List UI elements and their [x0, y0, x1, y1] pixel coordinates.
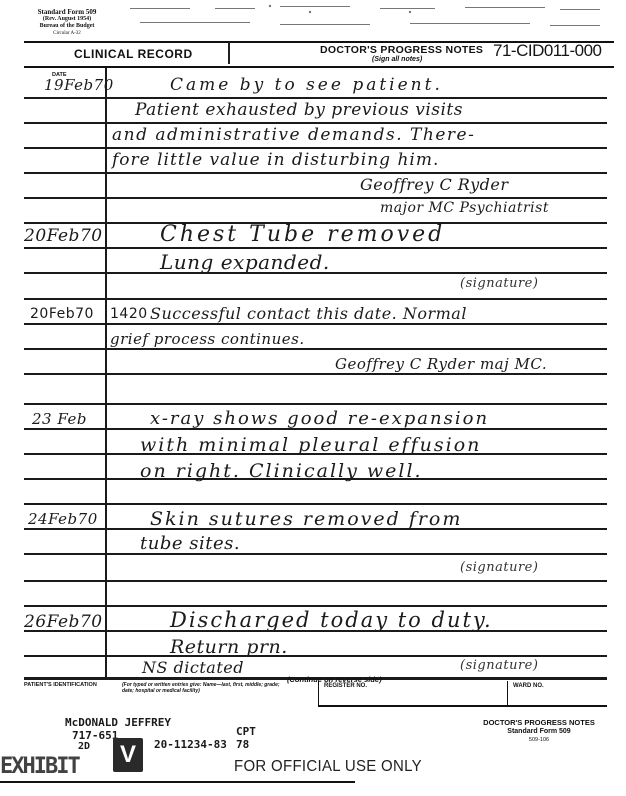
- bottom-rule: [0, 781, 355, 783]
- patient-service-number: 20-11234-83: [154, 738, 227, 751]
- form-footer: DOCTOR'S PROGRESS NOTES Standard Form 50…: [479, 718, 599, 745]
- ruled-line: [24, 373, 607, 375]
- register-number-label: REGISTER NO.: [324, 683, 367, 689]
- ruled-line: [24, 172, 607, 174]
- ward-number-box: WARD NO.: [507, 681, 607, 707]
- progress-notes-title: DOCTOR'S PROGRESS NOTES: [320, 44, 483, 56]
- entry-date: 20Feb70: [24, 226, 103, 246]
- patient-id-instructions: (For typed or written entries give: Name…: [122, 682, 292, 694]
- entry-signature: (signature): [460, 560, 538, 575]
- ruled-line: [24, 298, 607, 300]
- entry-line: Came by to see patient.: [170, 75, 443, 95]
- entry-line: tube sites.: [140, 533, 240, 554]
- register-number-box: REGISTER NO.: [318, 681, 508, 707]
- entry-date: 19Feb70: [44, 76, 114, 94]
- form-footer-code: 509-106: [479, 736, 599, 745]
- ruled-line: [24, 323, 607, 325]
- patient-id-label: PATIENT'S IDENTIFICATION: [24, 682, 97, 688]
- entry-time: 1420: [110, 306, 148, 322]
- entry-date: 20Feb70: [30, 306, 94, 322]
- entry-line: with minimal pleural effusion: [140, 434, 481, 456]
- form-footer-number: Standard Form 509: [479, 727, 599, 736]
- form-identification: Standard Form 509 (Rev. August 1954) Bur…: [26, 9, 108, 37]
- entry-line: Successful contact this date. Normal: [150, 304, 467, 323]
- entry-line: Patient exhausted by previous visits: [135, 100, 463, 120]
- entry-date: 23 Feb: [32, 410, 87, 428]
- ruled-line: [24, 655, 607, 657]
- form-circular: Circular A-32: [26, 30, 108, 37]
- scan-noise-top: [120, 2, 620, 36]
- header-divider: [228, 42, 230, 64]
- ruled-line: [24, 580, 607, 582]
- entry-line: Skin sutures removed from: [150, 508, 462, 530]
- ward-number-label: WARD NO.: [513, 683, 544, 689]
- form-revision: (Rev. August 1954): [26, 16, 108, 23]
- entry-line: Discharged today to duty.: [170, 608, 493, 632]
- official-use-stamp: FOR OFFICIAL USE ONLY: [234, 758, 422, 776]
- form-issuer: Bureau of the Budget: [26, 23, 108, 30]
- form-footer-title: DOCTOR'S PROGRESS NOTES: [479, 718, 599, 727]
- dictation-annotation: NS dictated: [142, 658, 244, 677]
- document-id-stamp: 71-CID011-000: [493, 41, 601, 61]
- progress-notes-subtitle: (Sign all notes): [372, 56, 422, 63]
- entry-date: 26Feb70: [24, 612, 103, 632]
- ruled-line: [24, 97, 607, 99]
- entry-signature-title: major MC Psychiatrist: [380, 200, 549, 216]
- entry-signature: (signature): [460, 658, 538, 673]
- header-bottom-rule: [24, 66, 614, 68]
- ruled-line: [24, 247, 607, 249]
- entry-line: fore little value in disturbing him.: [112, 150, 439, 170]
- entry-line: and administrative demands. There-: [112, 125, 475, 145]
- ruled-line: [24, 147, 607, 149]
- exhibit-stamp: EXHIBIT: [0, 752, 82, 782]
- patient-year: 78: [236, 738, 249, 751]
- patient-grade: CPT: [236, 725, 256, 738]
- entry-signature: (signature): [460, 276, 538, 291]
- entry-signature: Geoffrey C Ryder maj MC.: [335, 355, 547, 373]
- ruled-line: [24, 403, 607, 405]
- entry-date: 24Feb70: [28, 510, 98, 528]
- ruled-line: [24, 605, 607, 607]
- entry-line: on right. Clinically well.: [140, 460, 423, 482]
- ruled-line: [24, 503, 607, 505]
- ruled-line: [24, 553, 607, 555]
- patient-unit: 2D: [78, 741, 90, 752]
- ruled-line: [24, 348, 607, 350]
- entry-signature: Geoffrey C Ryder: [360, 175, 508, 194]
- entry-line: grief process continues.: [110, 330, 305, 348]
- entry-line: Chest Tube removed: [160, 222, 445, 247]
- ruled-line: [24, 197, 607, 199]
- entry-line: x-ray shows good re-expansion: [150, 408, 489, 429]
- patient-name: McDONALD JEFFREY: [65, 716, 171, 729]
- clinical-record-title: CLINICAL RECORD: [74, 47, 193, 61]
- ruled-line: [24, 122, 607, 124]
- entry-line: Lung expanded.: [160, 250, 330, 274]
- form-number: Standard Form 509: [26, 9, 108, 16]
- check-stamp: V: [113, 738, 143, 772]
- entry-line: Return prn.: [170, 636, 288, 658]
